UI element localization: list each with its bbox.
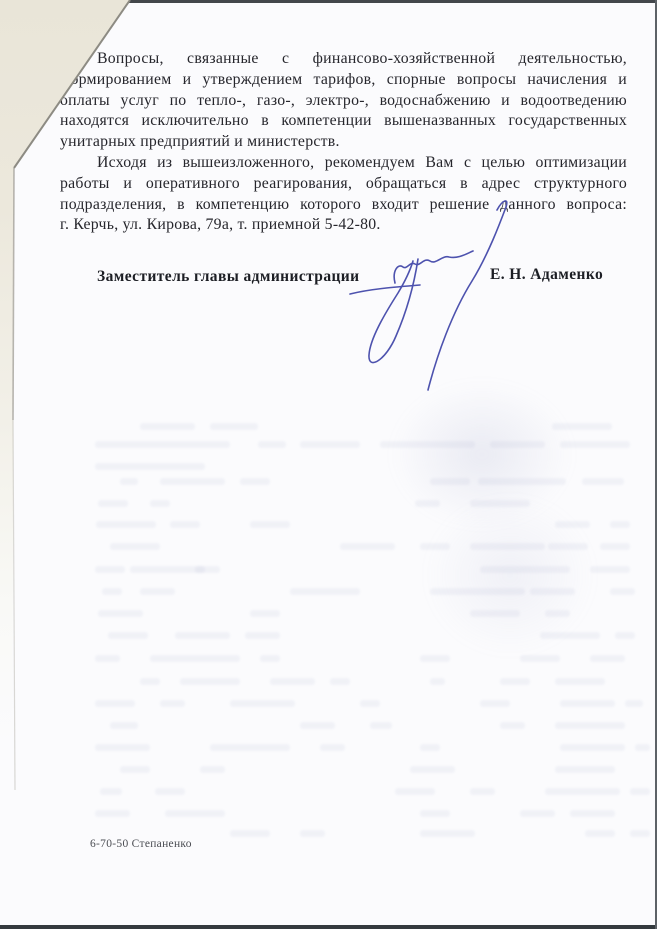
ghost-text-fragment <box>98 610 143 617</box>
ghost-text-fragment <box>258 441 286 448</box>
ghost-text-fragment <box>630 830 650 837</box>
ghost-text-fragment <box>430 678 445 685</box>
ghost-text-fragment <box>430 588 525 595</box>
text-line: формированием и утверждением тарифов, сп… <box>60 70 627 91</box>
ghost-text-fragment <box>140 423 195 430</box>
ghost-text-fragment <box>582 478 624 485</box>
ghost-text-fragment <box>340 543 395 550</box>
ghost-text-fragment <box>165 810 225 817</box>
ghost-text-fragment <box>370 722 392 729</box>
ghost-text-fragment <box>290 588 360 595</box>
ghost-text-fragment <box>150 500 170 507</box>
ghost-text-fragment <box>555 766 615 773</box>
signer-title: Заместитель главы администрации <box>97 268 359 286</box>
ghost-text-fragment <box>170 521 200 528</box>
ghost-text-fragment <box>95 566 125 573</box>
ghost-text-fragment <box>195 566 220 573</box>
ghost-text-fragment <box>520 810 555 817</box>
ghost-text-fragment <box>545 788 620 795</box>
ghost-text-fragment <box>420 655 450 662</box>
text-line: унитарных предприятий и министерств. <box>60 132 627 153</box>
ghost-text-fragment <box>560 700 615 707</box>
ghost-text-fragment <box>150 655 240 662</box>
ghost-text-fragment <box>175 632 230 639</box>
ghost-text-fragment <box>250 610 280 617</box>
ghost-text-fragment <box>360 700 380 707</box>
ghost-text-fragment <box>120 766 150 773</box>
ghost-text-fragment <box>102 588 122 595</box>
ghost-text-fragment <box>410 766 455 773</box>
ghost-text-fragment <box>100 788 122 795</box>
text-line: оплаты услуг по тепло-, газо-, электро-,… <box>60 91 627 112</box>
ghost-text-fragment <box>430 478 470 485</box>
ghost-text-fragment <box>560 744 625 751</box>
ghost-text-fragment <box>585 830 615 837</box>
ghost-text-fragment <box>98 500 128 507</box>
ghost-text-fragment <box>96 521 156 528</box>
ghost-text-fragment <box>95 655 120 662</box>
ghost-text-fragment <box>530 588 575 595</box>
ghost-text-fragment <box>210 423 258 430</box>
ghost-text-fragment <box>95 700 135 707</box>
ghost-text-fragment <box>380 441 475 448</box>
ghost-text-fragment <box>500 678 530 685</box>
ghost-text-fragment <box>470 610 520 617</box>
ghost-text-fragment <box>108 632 148 639</box>
ghost-text-fragment <box>130 566 205 573</box>
ghost-text-fragment <box>552 423 612 430</box>
ghost-text-fragment <box>230 700 295 707</box>
text-line: работы и оперативного реагирования, обра… <box>60 174 627 195</box>
ghost-text-fragment <box>300 441 360 448</box>
ghost-text-fragment <box>490 441 545 448</box>
ghost-text-fragment <box>560 441 630 448</box>
ghost-text-fragment <box>478 478 566 485</box>
ghost-text-fragment <box>245 632 280 639</box>
ghost-text-fragment <box>540 632 600 639</box>
ghost-text-fragment <box>95 463 205 470</box>
ghost-text-fragment <box>250 521 290 528</box>
ghost-text-fragment <box>625 700 643 707</box>
ghost-text-fragment <box>180 678 240 685</box>
ghost-text-fragment <box>520 655 560 662</box>
ghost-text-fragment <box>555 521 590 528</box>
ghost-text-fragment <box>110 722 138 729</box>
ghost-text-fragment <box>420 543 450 550</box>
ghost-text-fragment <box>160 478 225 485</box>
ghost-text-fragment <box>300 722 335 729</box>
ghost-text-fragment <box>140 588 175 595</box>
ghost-text-fragment <box>548 543 588 550</box>
ghost-text-fragment <box>210 744 290 751</box>
ghost-text-fragment <box>610 521 630 528</box>
ghost-text-fragment <box>300 830 325 837</box>
ghost-text-fragment <box>415 500 440 507</box>
ghost-text-fragment <box>270 678 315 685</box>
text-line: Вопросы, связанные с финансово-хозяйстве… <box>60 49 627 70</box>
ghost-text-fragment <box>635 744 650 751</box>
ghost-text-fragment <box>470 500 530 507</box>
ghost-text-fragment <box>610 588 635 595</box>
ghost-text-fragment <box>160 700 185 707</box>
ghost-text-fragment <box>260 655 280 662</box>
ghost-text-fragment <box>500 722 525 729</box>
ghost-text-fragment <box>140 678 160 685</box>
ghost-text-fragment <box>95 744 150 751</box>
footer-note: 6-70-50 Степаненко <box>90 838 192 850</box>
ghost-text-fragment <box>615 632 635 639</box>
text-line: находятся исключительно в компетенции вы… <box>60 111 627 132</box>
ghost-text-fragment <box>600 543 630 550</box>
handwritten-signature <box>340 193 530 403</box>
scanned-letter-page: Вопросы, связанные с финансово-хозяйстве… <box>0 0 657 929</box>
ghost-text-fragment <box>470 543 545 550</box>
ghost-text-fragment <box>330 678 350 685</box>
ghost-text-fragment <box>630 788 650 795</box>
ghost-text-fragment <box>320 744 345 751</box>
ghost-text-fragment <box>95 810 130 817</box>
ghost-text-fragment <box>480 566 570 573</box>
ghost-text-fragment <box>545 610 570 617</box>
ghost-text-fragment <box>570 810 615 817</box>
ghost-text-fragment <box>155 788 185 795</box>
ghost-text-fragment <box>200 766 225 773</box>
scan-bottom-border <box>0 925 657 929</box>
ghost-text-fragment <box>420 810 450 817</box>
ghost-text-fragment <box>110 543 160 550</box>
ghost-text-fragment <box>555 722 625 729</box>
ghost-text-fragment <box>590 566 630 573</box>
ghost-text-fragment <box>240 478 270 485</box>
ghost-text-fragment <box>480 700 510 707</box>
ghost-text-fragment <box>420 830 475 837</box>
ghost-text-fragment <box>230 830 270 837</box>
ghost-text-fragment <box>420 744 440 751</box>
ghost-text-fragment <box>95 441 230 448</box>
ghost-text-fragment <box>470 788 495 795</box>
ghost-text-fragment <box>590 655 625 662</box>
ghost-text-fragment <box>120 478 138 485</box>
bleedthrough-smudge <box>425 495 595 655</box>
text-line: Исходя из вышеизложенного, рекомендуем В… <box>60 153 627 174</box>
ghost-text-fragment <box>555 678 605 685</box>
ghost-text-fragment <box>395 788 435 795</box>
